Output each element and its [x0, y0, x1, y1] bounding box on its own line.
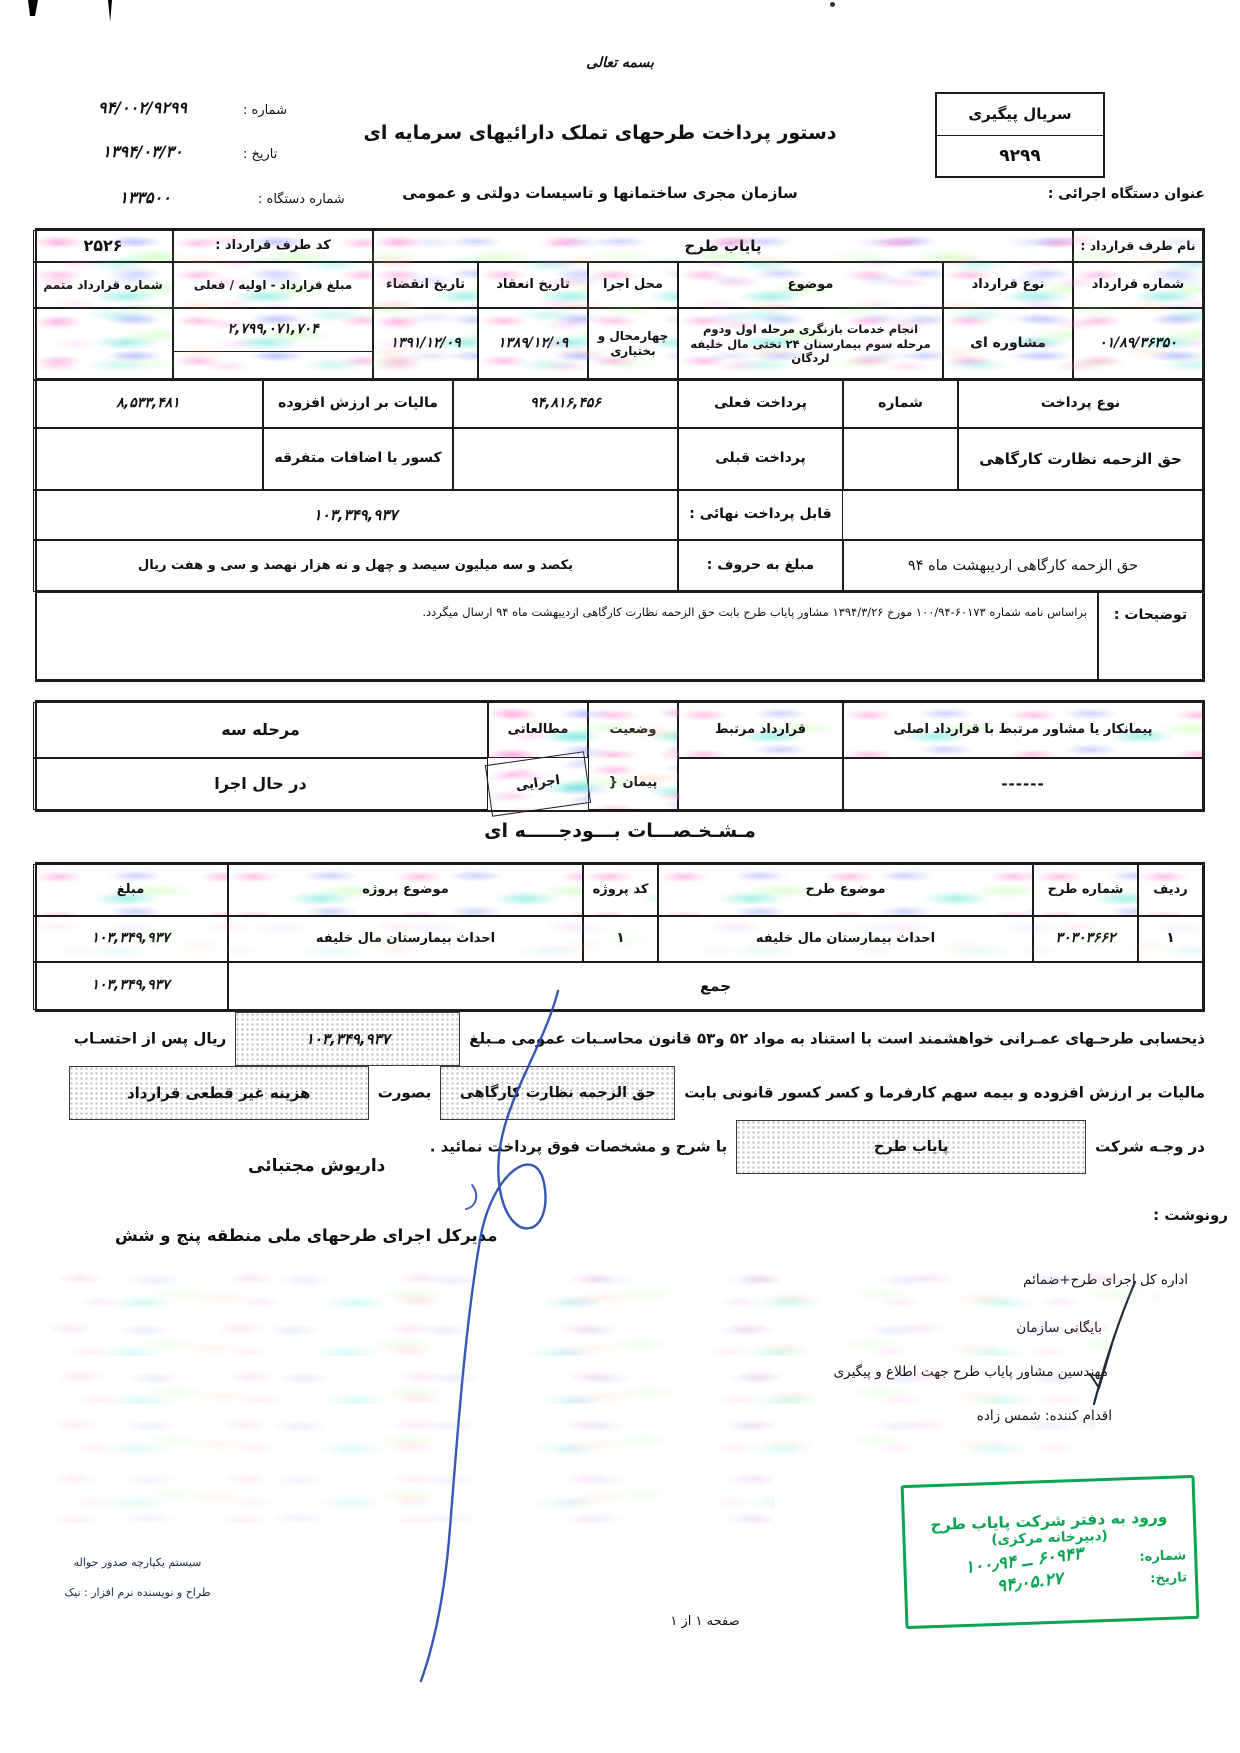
contract-amount-current-empty — [174, 352, 372, 379]
copy-item-actor: اقدام کننده: شمس زاده — [977, 1408, 1112, 1424]
budget-row-plan-no: ۳۰۳۰۳۶۶۲ — [1033, 916, 1138, 962]
page-number: صفحه ۱ از ۱ — [600, 1614, 810, 1629]
stamp-date-label: تاریخ: — [1150, 1570, 1187, 1586]
payment-table: نوع پرداخت شماره پرداخت فعلی ۹۴,۸۱۶,۴۵۶ … — [35, 378, 1205, 594]
scan-artifact-dot — [830, 2, 835, 7]
status-exec-label: اجرایی — [485, 751, 591, 816]
budget-row-amount: ۱۰۳,۳۴۹,۹۳۷ — [33, 916, 228, 962]
contract-subject-value: انجام خدمات بازنگری مرحله اول ودوم مرحله… — [678, 308, 943, 380]
budget-section-title: مـشـخـصـــات بـــودجـــــه ای — [440, 820, 800, 842]
contract-party-value: پایاب طرح — [373, 230, 1073, 262]
company-entry-stamp: ورود به دفتر شرکت پایاب طرح (دبیرخانه مر… — [901, 1475, 1200, 1629]
payment-payable-value: ۱۰۳,۳۴۹,۹۳۷ — [33, 490, 678, 540]
contract-table: نام طرف قرارداد : پایاب طرح کد طرف قرارد… — [35, 228, 1205, 382]
tracking-serial-label: سریال پیگیری — [937, 94, 1103, 136]
agency-title-label: عنوان دستگاه اجرائی : — [1048, 186, 1205, 202]
budget-row-index: ۱ — [1138, 916, 1203, 962]
tracking-serial-value: ۹۲۹۹ — [937, 136, 1103, 177]
organization-name: سازمان مجری ساختمانها و تاسیسات دولتی و … — [390, 184, 810, 202]
contract-sign-date-value: ۱۳۸۹/۱۲/۰۹ — [478, 308, 588, 380]
scan-noise-band — [60, 1268, 1160, 1308]
contract-col-subject: موضوع — [678, 262, 943, 308]
status-state-label-top: وضعیت — [588, 702, 678, 758]
budget-row-project-code: ۱ — [583, 916, 658, 962]
copies-label: رونوشت : — [1153, 1206, 1228, 1224]
doc-number-label: شماره : — [243, 103, 287, 118]
budget-table: ردیف شماره طرح موضوع طرح کد پروژه موضوع … — [35, 862, 1205, 1012]
payment-current-label: پرداخت فعلی — [678, 380, 843, 428]
handwritten-checkmark-icon — [1088, 1278, 1140, 1408]
contract-type-value: مشاوره ای — [943, 308, 1073, 380]
notes-table: توضیحات : براساس نامه شماره ۶۰۱۷۳-۱۰۰/۹۴… — [35, 590, 1205, 682]
payment-desc-value: حق الزحمه کارگاهی اردیبهشت ماه ۹۴ — [843, 540, 1203, 592]
payment-type-label: نوع پرداخت — [958, 380, 1203, 428]
payment-payable-label: قابل پرداخت نهائی : — [678, 490, 843, 540]
scan-artifact-mark — [28, 0, 38, 16]
budget-col-project-subject: موضوع پروژه — [228, 864, 583, 916]
status-related-party-label: پیمانکار یا مشاور مرتبط با قرارداد اصلی — [843, 702, 1203, 758]
contract-number-value: ۰۱/۸۹/۳۶۳۵۰ — [1073, 308, 1203, 380]
contract-col-location: محل اجرا — [588, 262, 678, 308]
status-related-contract-value — [678, 758, 843, 810]
contract-col-expire-date: تاریخ انقضاء — [373, 262, 478, 308]
status-related-contract-label: قرارداد مرتبط — [678, 702, 843, 758]
status-progress-value: در حال اجرا — [33, 758, 488, 810]
contract-col-supplement: شماره قرارداد متمم — [33, 262, 173, 308]
tracking-serial-box: سریال پیگیری ۹۲۹۹ — [935, 92, 1105, 178]
notes-label: توضیحات : — [1098, 592, 1203, 680]
payment-current-value: ۹۴,۸۱۶,۴۵۶ — [453, 380, 678, 428]
footer-system-line2: طراح و نویسنده نرم افزار : نیک — [55, 1586, 220, 1599]
budget-row-project-subject: احداث بیمارستان مال خلیفه — [228, 916, 583, 962]
status-phase-value: مرحله سه — [33, 702, 488, 758]
status-state-label-bottom: پیمان { — [588, 758, 678, 810]
order-line1-text-b: ریال پس از احتسـاب — [74, 1030, 226, 1048]
payment-words-value: یکصد و سه میلیون سیصد و چهل و نه هزار نه… — [33, 540, 678, 592]
contract-party-code-label: کد طرف قرارداد : — [173, 230, 373, 262]
contract-amount-cell: ۲,۷۹۹,۰۷۱,۷۰۴ — [173, 308, 373, 380]
contract-col-sign-date: تاریخ انعقاد — [478, 262, 588, 308]
contract-col-number: شماره قرارداد — [1073, 262, 1203, 308]
status-table: پیمانکار یا مشاور مرتبط با قرارداد اصلی … — [35, 700, 1205, 812]
doc-date-label: تاریخ : — [243, 147, 277, 162]
copy-item-consultant: مهندسین مشاور پایاب طرح جهت اطلاع و پیگی… — [834, 1364, 1108, 1380]
payment-deductions-label: کسور یا اضافات متفرقه — [263, 428, 453, 490]
device-number-value: ۱۳۳۵۰۰ — [85, 188, 205, 207]
budget-col-plan-subject: موضوع طرح — [658, 864, 1033, 916]
order-expense-type-box: هزینه غیر قطعی قرارداد — [69, 1066, 369, 1120]
contract-party-code-value: ۲۵۲۶ — [33, 230, 173, 262]
contract-location-value: چهارمحال و بختیاری — [588, 308, 678, 380]
handwritten-signature-icon — [330, 985, 590, 1685]
order-company-box: پایاب طرح — [736, 1120, 1086, 1174]
stamp-number-label: شماره: — [1139, 1548, 1186, 1565]
scan-artifact-mark — [108, 0, 112, 22]
payment-number-value — [843, 428, 958, 490]
payment-vat-label: مالیات بر ارزش افزوده — [263, 380, 453, 428]
budget-row-plan-subject: احداث بیمارستان مال خلیفه — [658, 916, 1033, 962]
doc-date-value: ۱۳۹۴/۰۳/۳۰ — [50, 142, 235, 161]
payment-previous-label: پرداخت قبلی — [678, 428, 843, 490]
document-title: دستور پرداخت طرحهای تملک دارائیهای سرمای… — [320, 122, 880, 144]
budget-col-project-code: کد پروژه — [583, 864, 658, 916]
budget-col-plan-no: شماره طرح — [1033, 864, 1138, 916]
order-line-1: ذیحسابی طرحـهای عمـرانی خواهشمند است با … — [74, 1012, 1205, 1066]
payment-number-label: شماره — [843, 380, 958, 428]
contract-col-type: نوع قرارداد — [943, 262, 1073, 308]
scanned-payment-order-document: { "header": { "bismillah": "بسمه تعالی",… — [0, 0, 1240, 1753]
contract-col-amount: مبلغ قرارداد - اولیه / فعلی — [173, 262, 373, 308]
payment-type-value: حق الزحمه نظارت کارگاهی — [958, 428, 1203, 490]
order-line-2: مالیات بر ارزش افزوده و بیمه سهم کارفرما… — [60, 1066, 1205, 1120]
contract-expire-date-value: ۱۳۹۱/۱۲/۰۹ — [373, 308, 478, 380]
payment-empty-cell — [843, 490, 1203, 540]
notes-text: براساس نامه شماره ۶۰۱۷۳-۱۰۰/۹۴ مورخ ۱۳۹۴… — [35, 592, 1098, 680]
device-number-label: شماره دستگاه : — [258, 192, 345, 207]
contract-amount-value: ۲,۷۹۹,۰۷۱,۷۰۴ — [174, 309, 372, 352]
footer-system-line1: سیستم یکپارچه صدور حواله — [55, 1556, 220, 1569]
budget-sum-value: ۱۰۳,۳۴۹,۹۳۷ — [33, 962, 228, 1010]
order-line2-text-a: مالیات بر ارزش افزوده و بیمه سهم کارفرما… — [684, 1084, 1205, 1102]
status-study-label: مطالعاتی — [488, 702, 588, 758]
payment-words-label: مبلغ به حروف : — [678, 540, 843, 592]
contract-supplement-value — [33, 308, 173, 380]
order-line3-text-a: در وجـه شرکت — [1095, 1138, 1205, 1156]
status-related-party-value: ------ — [843, 758, 1203, 810]
budget-col-amount: مبلغ — [33, 864, 228, 916]
doc-number-value: ۹۴/۰۰۲/۹۲۹۹ — [50, 98, 235, 117]
contract-party-label: نام طرف قرارداد : — [1073, 230, 1203, 262]
payment-vat-value: ۸,۵۳۳,۴۸۱ — [33, 380, 263, 428]
payment-deductions-value — [33, 428, 263, 490]
budget-col-index: ردیف — [1138, 864, 1203, 916]
payment-previous-value — [453, 428, 678, 490]
bismillah-text: بسمه تعالی — [540, 55, 700, 71]
